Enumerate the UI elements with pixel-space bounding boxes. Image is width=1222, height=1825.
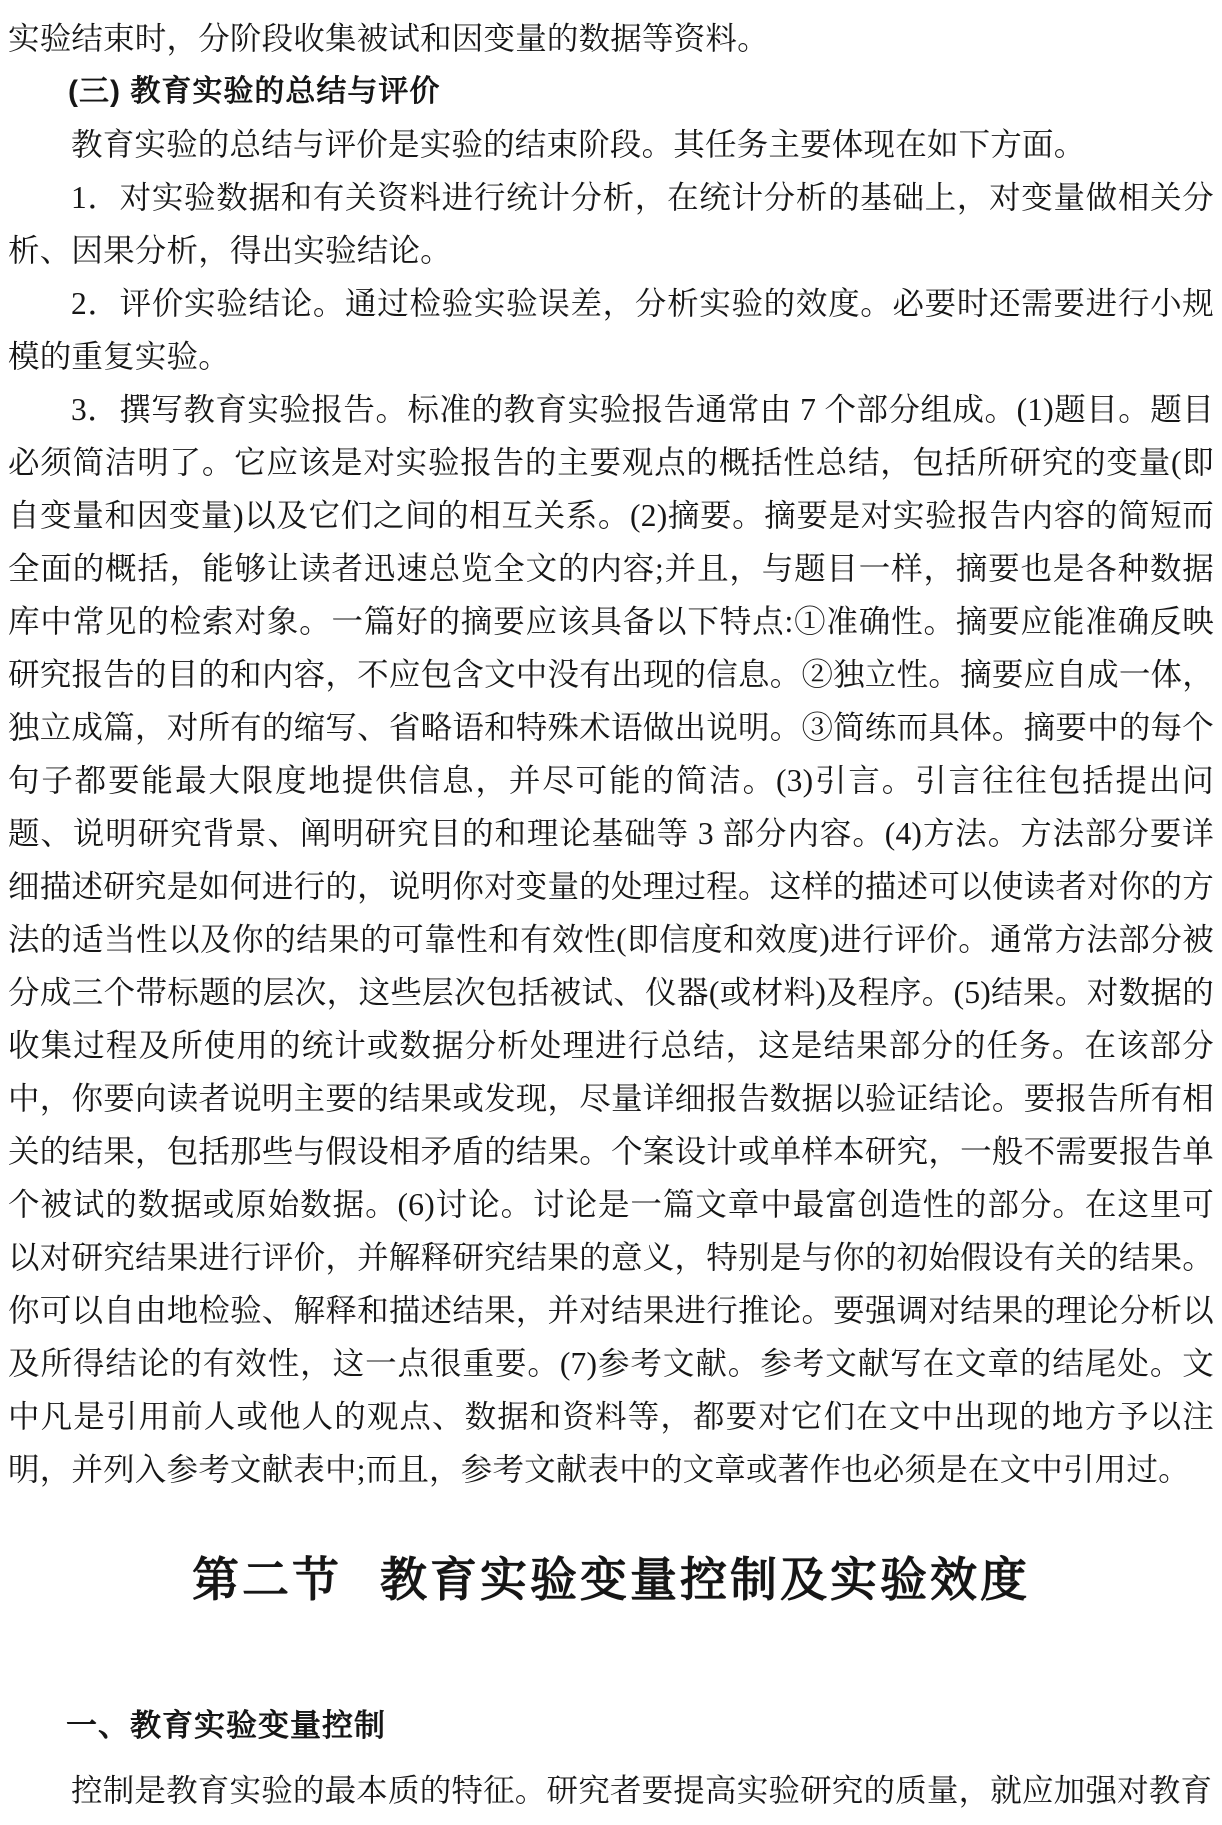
document-page: 实验结束时，分阶段收集被试和因变量的数据等资料。 (三) 教育实验的总结与评价 …	[0, 0, 1222, 1817]
paragraph-intro: 教育实验的总结与评价是实验的结束阶段。其任务主要体现在如下方面。	[8, 118, 1214, 171]
paragraph-list-item-1: 1．对实验数据和有关资料进行统计分析，在统计分析的基础上，对变量做相关分析、因果…	[8, 171, 1214, 277]
paragraph-control: 控制是教育实验的最本质的特征。研究者要提高实验研究的质量，就应加强对教育	[8, 1764, 1214, 1817]
heading-subsection-3: (三) 教育实验的总结与评价	[8, 65, 1214, 118]
section-title: 第二节教育实验变量控制及实验效度	[8, 1549, 1214, 1613]
paragraph-list-item-2: 2．评价实验结论。通过检验实验误差，分析实验的效度。必要时还需要进行小规模的重复…	[8, 277, 1214, 383]
section-title-number: 第二节	[192, 1555, 342, 1607]
paragraph-continuation: 实验结束时，分阶段收集被试和因变量的数据等资料。	[8, 12, 1214, 65]
paragraph-list-item-3: 3．撰写教育实验报告。标准的教育实验报告通常由 7 个部分组成。(1)题目。题目…	[8, 383, 1214, 1496]
heading-subsection-one: 一、教育实验变量控制	[8, 1699, 1214, 1752]
section-title-text: 教育实验变量控制及实验效度	[380, 1555, 1030, 1607]
